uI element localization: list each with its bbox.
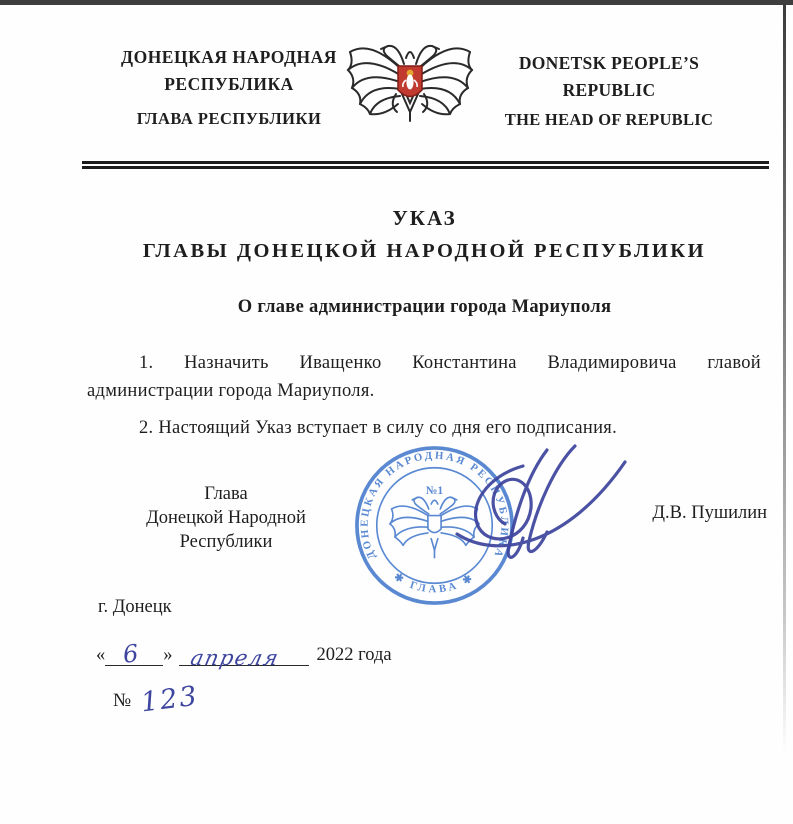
paragraph-2: 2. Настоящий Указ вступает в силу со дня… <box>87 418 761 439</box>
signer-position-line2: Донецкой Народной Республики <box>110 506 342 554</box>
day-blank: 6 <box>105 641 163 666</box>
handwritten-day: 6 <box>122 639 140 668</box>
double-rule-divider <box>82 161 769 169</box>
document-date-line: «6»апреля2022 года <box>96 641 392 671</box>
letterhead-russian: ДОНЕЦКАЯ НАРОДНАЯ РЕСПУБЛИКА <box>100 44 358 98</box>
close-quote: » <box>163 645 172 665</box>
document-type-title: УКАЗ <box>87 206 762 231</box>
letterhead-en-line2: REPUBLIC <box>495 77 723 104</box>
letterhead-english: DONETSK PEOPLE’S REPUBLIC <box>495 50 723 104</box>
month-blank: апреля <box>179 641 309 666</box>
handwritten-number: 123 <box>139 681 200 719</box>
paragraph-1-line-1: 1. Назначить Иващенко Константина Владим… <box>87 353 761 374</box>
document-subject: О главе администрации города Мариуполя <box>87 297 762 318</box>
document-issuer-title: ГЛАВЫ ДОНЕЦКОЙ НАРОДНОЙ РЕСПУБЛИКИ <box>87 240 762 263</box>
number-sign: № <box>113 690 131 711</box>
signer-position-line1: Глава <box>110 482 342 506</box>
coat-of-arms-icon <box>340 24 480 154</box>
document-place: г. Донецк <box>98 597 172 618</box>
document-page: ДОНЕЦКАЯ НАРОДНАЯ РЕСПУБЛИКА ГЛАВА РЕСПУ… <box>0 0 793 824</box>
document-number-line: № 123 <box>113 690 131 712</box>
letterhead-ru-line1: ДОНЕЦКАЯ НАРОДНАЯ <box>100 44 358 71</box>
scan-edge-top <box>0 0 793 5</box>
scan-edge-right <box>783 4 786 784</box>
paragraph-1-line-2: администрации города Мариуполя. <box>87 381 761 402</box>
letterhead-en-line3: THE HEAD OF REPUBLIC <box>495 110 723 130</box>
signer-position: Глава Донецкой Народной Республики <box>110 482 342 554</box>
letterhead-en-line1: DONETSK PEOPLE’S <box>495 50 723 77</box>
handwritten-month: апреля <box>188 646 281 670</box>
letterhead-ru-line3: ГЛАВА РЕСПУБЛИКИ <box>100 109 358 129</box>
handwritten-signature <box>425 436 640 578</box>
letterhead-ru-line2: РЕСПУБЛИКА <box>100 71 358 98</box>
year-text: 2022 года <box>317 645 392 665</box>
open-quote: « <box>96 645 105 665</box>
